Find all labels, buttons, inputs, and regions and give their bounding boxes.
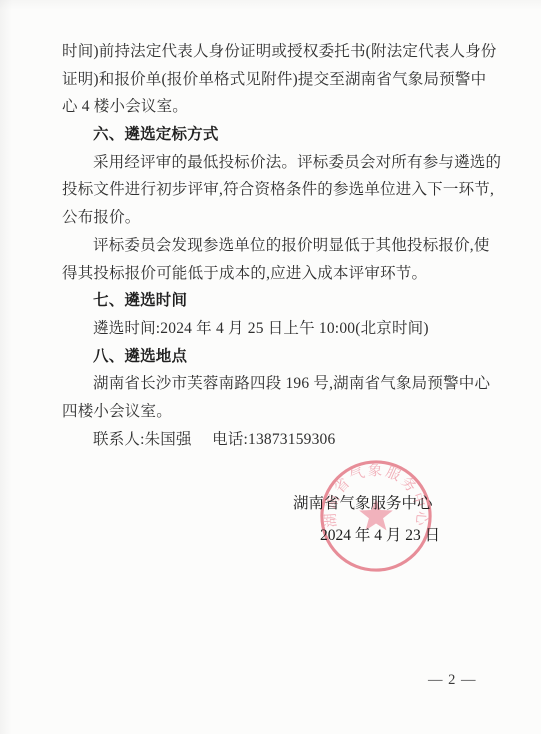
doc-line: 得其投标报价可能低于成本的,应进入成本评审环节。 bbox=[62, 260, 518, 288]
signature-date: 2024 年 4 月 23 日 bbox=[320, 526, 440, 546]
doc-line: 证明)和报价单(报价单格式见附件)提交至湖南省气象局预警中 bbox=[62, 66, 518, 94]
doc-line: 公布报价。 bbox=[62, 204, 518, 232]
section-heading-6: 六、遴选定标方式 bbox=[62, 121, 518, 149]
page-number: — 2 — bbox=[428, 672, 477, 689]
signature-organization: 湖南省气象服务中心 bbox=[293, 494, 433, 514]
section-heading-7: 七、遴选时间 bbox=[62, 287, 518, 315]
doc-line: 时间)前持法定代表人身份证明或授权委托书(附法定代表人身份 bbox=[62, 38, 518, 66]
doc-line: 评标委员会发现参选单位的报价明显低于其他投标报价,使 bbox=[62, 232, 518, 260]
official-seal: 湖南省气象服务中心 bbox=[317, 457, 435, 575]
document-page: 时间)前持法定代表人身份证明或授权委托书(附法定代表人身份 证明)和报价单(报价… bbox=[0, 0, 541, 734]
scan-edge-shading-left bbox=[0, 0, 12, 734]
document-body: 时间)前持法定代表人身份证明或授权委托书(附法定代表人身份 证明)和报价单(报价… bbox=[62, 38, 518, 453]
doc-line: 心 4 楼小会议室。 bbox=[62, 93, 518, 121]
doc-line: 采用经评审的最低投标价法。评标委员会对所有参与遴选的 bbox=[62, 149, 518, 177]
doc-line: 遴选时间:2024 年 4 月 25 日上午 10:00(北京时间) bbox=[62, 315, 518, 343]
doc-line: 四楼小会议室。 bbox=[62, 398, 518, 426]
scan-edge-shading-top bbox=[0, 0, 541, 10]
doc-line: 投标文件进行初步评审,符合资格条件的参选单位进入下一环节, bbox=[62, 176, 518, 204]
section-heading-8: 八、遴选地点 bbox=[62, 343, 518, 371]
contact-line: 联系人:朱国强 电话:13873159306 bbox=[62, 426, 518, 454]
doc-line: 湖南省长沙市芙蓉南路四段 196 号,湖南省气象局预警中心 bbox=[62, 370, 518, 398]
